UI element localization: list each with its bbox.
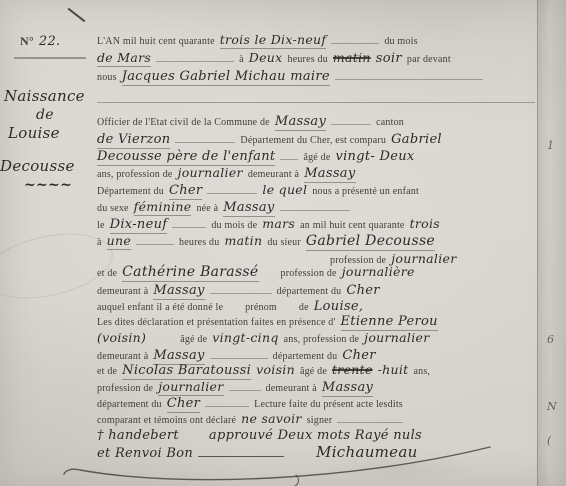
blank-rule bbox=[207, 181, 257, 194]
edge-text-fragment: 1 bbox=[547, 139, 554, 152]
handwritten-text: Naissance bbox=[4, 87, 85, 105]
printed-text: Les dites déclaration et présentation fa… bbox=[97, 317, 336, 328]
spacer bbox=[228, 308, 240, 310]
spacer bbox=[289, 455, 311, 457]
handwritten-text: trois le Dix-neuf bbox=[220, 32, 327, 49]
blank-rule bbox=[337, 410, 403, 423]
margin-title: de bbox=[36, 106, 59, 123]
handwritten-text: vingt-cinq bbox=[212, 330, 278, 345]
handwritten-text: Louise bbox=[8, 124, 60, 142]
blank-rule bbox=[280, 147, 298, 160]
struck-handwritten-text: trente bbox=[332, 362, 373, 377]
marginal-annotation: † handebertapprouvé Deux mots Rayé nuls bbox=[97, 426, 427, 443]
handwritten-text: Cher bbox=[346, 283, 379, 298]
handwritten-text: Massay bbox=[275, 114, 326, 131]
ink-stroke bbox=[198, 448, 284, 457]
printed-text: âgé de bbox=[180, 334, 207, 345]
blank-rule bbox=[335, 67, 483, 80]
document-line: Officier de l'Etat civil de la Commune d… bbox=[97, 112, 409, 130]
document-line: de VierzonDépartement du Cher, est compa… bbox=[97, 130, 447, 148]
document-line: Les dites déclaration et présentation fa… bbox=[97, 312, 443, 330]
printed-text: Département du bbox=[97, 186, 164, 197]
printed-text: ans, profession de bbox=[284, 334, 360, 345]
printed-text: âgé de bbox=[303, 152, 330, 163]
handwritten-text: Jacques Gabriel Michau maire bbox=[122, 69, 330, 86]
handwritten-text: ~~~~ bbox=[24, 177, 72, 193]
handwritten-text: voisin bbox=[256, 362, 295, 377]
blank-rule bbox=[14, 54, 86, 59]
document-line: ans, profession dejournalierdemeurant àM… bbox=[97, 164, 361, 182]
edge-text-fragment: 6 bbox=[547, 333, 554, 346]
printed-text: heures du bbox=[179, 237, 219, 248]
printed-text: du mois de bbox=[211, 220, 257, 231]
spacer bbox=[184, 437, 204, 439]
handwritten-text: journalière bbox=[342, 264, 415, 279]
printed-text: département du bbox=[97, 399, 162, 410]
printed-text: profession de bbox=[281, 268, 337, 279]
margin-title: Decousse bbox=[0, 158, 80, 174]
handwritten-text: Gabriel Decousse bbox=[306, 233, 435, 251]
handwritten-text: journalier bbox=[178, 165, 243, 180]
blank-rule bbox=[175, 130, 235, 143]
document-line: àuneheures dumatindu sieurGabriel Decous… bbox=[97, 232, 440, 250]
mayor-signature: Michaumeau bbox=[316, 443, 418, 461]
blank-rule bbox=[136, 232, 174, 245]
printed-text: âgé de bbox=[300, 366, 327, 377]
document-line: Decousse père de l'enfantâgé devingt- De… bbox=[97, 147, 420, 165]
document-line: du sexefémininenée àMassay bbox=[97, 198, 355, 216]
printed-text: et de bbox=[97, 268, 117, 279]
printed-text: Département du Cher, est comparu bbox=[240, 135, 386, 146]
spacer bbox=[282, 308, 294, 310]
handwritten-text: matin bbox=[224, 233, 262, 248]
handwritten-text: de Mars bbox=[97, 50, 151, 67]
blank-rule bbox=[331, 31, 379, 44]
printed-text: demeurant à bbox=[248, 169, 299, 180]
document-line: et deCathérine Barasséprofession dejourn… bbox=[97, 263, 420, 281]
record-number-rule bbox=[14, 46, 91, 61]
printed-text: et de bbox=[97, 366, 117, 377]
handwritten-text: -huit bbox=[378, 362, 409, 377]
handwritten-text: de bbox=[36, 107, 54, 123]
handwritten-text: journalier bbox=[364, 330, 429, 345]
printed-text: du mois bbox=[384, 36, 417, 47]
handwritten-text: Deux bbox=[249, 50, 283, 65]
printed-text: demeurant à bbox=[266, 383, 317, 394]
blank-rule bbox=[331, 112, 371, 125]
handwritten-text: trois bbox=[410, 216, 440, 231]
printed-text: nous bbox=[97, 72, 117, 83]
printed-text: ans, bbox=[414, 366, 431, 377]
printed-text: demeurant à bbox=[97, 286, 148, 297]
printed-text: ans, profession de bbox=[97, 169, 173, 180]
document-line: de MarsàDeuxheures dumatinsoirpar devant bbox=[97, 49, 456, 67]
printed-text: L'AN mil huit cent quarante bbox=[97, 36, 215, 47]
printed-text: comparant et témoins ont déclaré bbox=[97, 415, 236, 426]
blank-rule bbox=[210, 281, 272, 294]
struck-handwritten-text: matin bbox=[333, 50, 371, 65]
handwritten-text: soir bbox=[376, 51, 402, 66]
page-edge: 16N( bbox=[537, 0, 566, 486]
handwritten-text: ne savoir bbox=[241, 411, 302, 426]
handwritten-text: approuvé Deux mots Rayé nuls bbox=[209, 428, 422, 443]
blank-rule bbox=[280, 198, 350, 211]
spacer bbox=[151, 340, 175, 342]
document-line: (voisin)âgé devingt-cinqans, profession … bbox=[97, 329, 434, 347]
printed-text: profession de bbox=[97, 383, 153, 394]
handwritten-text: vingt- Deux bbox=[335, 149, 414, 164]
document-line: et deNicolas Baratoussivoisinâgé detrent… bbox=[97, 361, 435, 379]
margin-title: Naissance bbox=[4, 88, 90, 104]
marginal-annotation: et Renvoi BonMichaumeau bbox=[97, 444, 423, 461]
blank-rule bbox=[156, 49, 234, 62]
printed-text: le bbox=[97, 220, 105, 231]
printed-text: heures du bbox=[288, 54, 328, 65]
document-line: nousJacques Gabriel Michau maire bbox=[97, 67, 488, 85]
blank-rule bbox=[229, 378, 261, 391]
handwritten-text: Gabriel bbox=[391, 132, 442, 147]
handwritten-text: mars bbox=[262, 216, 295, 231]
printed-text: à bbox=[97, 237, 102, 248]
handwritten-text: (voisin) bbox=[97, 330, 146, 345]
printed-text: an mil huit cent quarante bbox=[300, 220, 404, 231]
printed-text: du sexe bbox=[97, 203, 129, 214]
handwritten-text: le quel bbox=[262, 182, 307, 197]
edge-text-fragment: N bbox=[547, 400, 557, 413]
printed-text: signer bbox=[307, 415, 333, 426]
printed-text: Lecture faite du présent acte lesdits bbox=[254, 399, 403, 410]
handwritten-text: féminine bbox=[134, 199, 192, 216]
document-line: L'AN mil huit cent quarantetrois le Dix-… bbox=[97, 31, 423, 49]
document-line bbox=[97, 90, 540, 105]
spacer bbox=[264, 274, 276, 276]
handwritten-text: Cathérine Barassé bbox=[122, 264, 258, 282]
blank-rule bbox=[205, 394, 249, 407]
printed-text: née à bbox=[196, 203, 218, 214]
handwritten-text: † handebert bbox=[97, 428, 179, 443]
printed-text: Officier de l'Etat civil de la Commune d… bbox=[97, 117, 270, 128]
printed-text: à bbox=[239, 54, 244, 65]
printed-text: canton bbox=[376, 117, 404, 128]
printed-text: nous a présenté un enfant bbox=[312, 186, 419, 197]
blank-rule bbox=[210, 346, 268, 359]
document-line: leDix-neufdu mois demarsan mil huit cent… bbox=[97, 215, 445, 233]
margin-flourish: ~~~~ bbox=[24, 176, 77, 193]
handwritten-text: une bbox=[107, 233, 131, 250]
margin-column: N°22.NaissancedeLouiseDecousse~~~~ bbox=[0, 0, 95, 486]
printed-text: du sieur bbox=[267, 237, 301, 248]
handwritten-text: et Renvoi Bon bbox=[97, 446, 193, 461]
margin-title: Louise bbox=[8, 125, 65, 141]
document-page: N°22.NaissancedeLouiseDecousse~~~~ L'AN … bbox=[0, 0, 566, 486]
blank-rule bbox=[172, 215, 206, 228]
printed-text: département du bbox=[277, 286, 342, 297]
edge-text-fragment: ( bbox=[547, 434, 551, 447]
blank-rule bbox=[97, 90, 535, 103]
printed-text: par devant bbox=[407, 54, 451, 65]
handwritten-text: Decousse bbox=[0, 157, 75, 175]
document-line: Département duCherle quelnous a présenté… bbox=[97, 181, 424, 199]
